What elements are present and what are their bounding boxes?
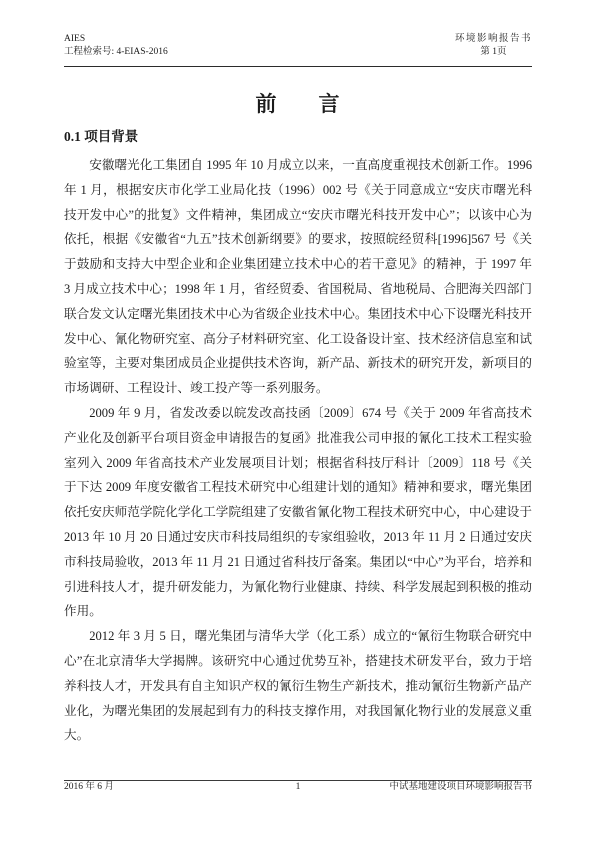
header-doc-type: 环境影响报告书 bbox=[455, 33, 532, 46]
header-project-index: 工程检索号: 4-EIAS-2016 bbox=[64, 46, 168, 59]
section-heading: 0.1 项目背景 bbox=[64, 127, 138, 146]
footer-date: 2016 年 6 月 bbox=[64, 781, 296, 794]
page-title: 前 言 bbox=[0, 90, 595, 118]
paragraph-project-history: 安徽曙光化工集团自 1995 年 10 月成立以来，一直高度重视技术创新工作。1… bbox=[64, 153, 532, 401]
header-right-block: 环境影响报告书 第 1页 bbox=[455, 33, 532, 59]
footer-report-title: 中试基地建设项目环境影响报告书 bbox=[300, 781, 532, 794]
page-footer: 2016 年 6 月 1 中试基地建设项目环境影响报告书 bbox=[64, 781, 532, 794]
header-divider bbox=[64, 66, 532, 67]
paragraph-research-center: 2009 年 9 月，省发改委以皖发改高技函〔2009〕674 号《关于 200… bbox=[64, 401, 532, 624]
paragraph-tsinghua-cooperation: 2012 年 3 月 5 日，曙光集团与清华大学（化工系）成立的“氰衍生物联合研… bbox=[64, 624, 532, 748]
header-org-code: AIES bbox=[64, 33, 168, 46]
header-left-block: AIES 工程检索号: 4-EIAS-2016 bbox=[64, 33, 168, 59]
page-header: AIES 工程检索号: 4-EIAS-2016 环境影响报告书 第 1页 bbox=[64, 33, 532, 59]
document-body: 安徽曙光化工集团自 1995 年 10 月成立以来，一直高度重视技术创新工作。1… bbox=[64, 153, 532, 748]
header-page-label: 第 1页 bbox=[455, 46, 532, 59]
document-page: AIES 工程检索号: 4-EIAS-2016 环境影响报告书 第 1页 前 言… bbox=[0, 0, 595, 841]
